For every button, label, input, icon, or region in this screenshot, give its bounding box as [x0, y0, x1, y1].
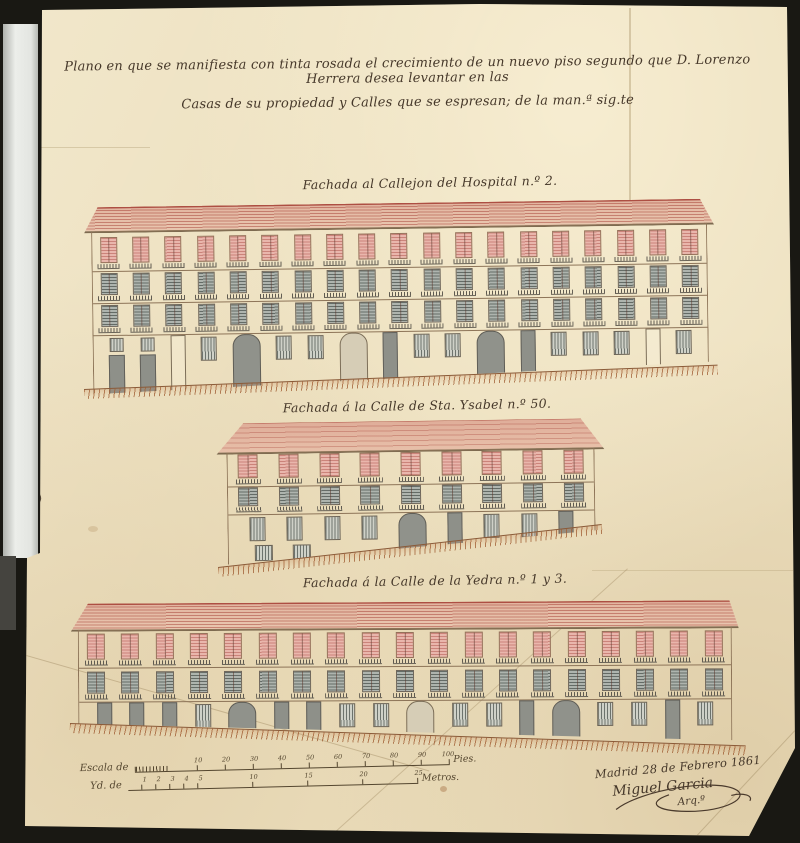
window-bay: [309, 486, 350, 514]
window-shuttered: [320, 486, 340, 505]
facade-label-santa-isabel: Fachada á la Calle de Sta. Ysabel n.º 50…: [237, 395, 597, 416]
window-new-second-floor: [602, 631, 620, 657]
window-shuttered: [293, 670, 311, 692]
balcony-rail: [290, 659, 313, 664]
window-shuttered: [262, 271, 279, 293]
scale-tick-label: 90: [418, 751, 426, 759]
mezzanine-window: [140, 337, 154, 351]
ground-door-light: [645, 328, 661, 390]
window-bay: [448, 299, 481, 330]
window-bay: [79, 669, 113, 702]
window-bay: [254, 230, 287, 269]
balcony-rail: [421, 291, 443, 296]
balcony-rail: [325, 693, 348, 698]
window-new-second-floor: [670, 631, 688, 657]
floor-gray: [79, 665, 731, 702]
window-shuttered: [396, 670, 414, 692]
balcony-rail: [550, 258, 572, 263]
balcony-rail: [188, 694, 211, 699]
window-bay: [93, 304, 126, 335]
window-new-second-floor: [294, 234, 311, 260]
balcony-rail: [260, 326, 282, 331]
ground-grille: [276, 336, 292, 360]
window-bay: [113, 630, 148, 667]
ground-grille: [486, 702, 502, 726]
window-new-second-floor: [423, 232, 440, 258]
window-shuttered: [87, 672, 105, 694]
window-bay: [610, 265, 643, 296]
window-bay: [350, 485, 391, 513]
window-shuttered: [456, 268, 473, 290]
scale-segment: 30: [225, 764, 253, 770]
balcony-rail: [291, 693, 314, 698]
ground-door-dark: [558, 511, 574, 573]
balcony-rail: [195, 263, 217, 268]
window-bay: [525, 628, 560, 665]
scale-segment: 70: [337, 761, 365, 767]
scale-fine-divisions: [134, 766, 169, 772]
balcony-rail: [679, 256, 701, 261]
balcony-rail: [260, 294, 282, 299]
balcony-rail: [480, 476, 505, 481]
balcony-rail: [486, 322, 508, 327]
balcony-rail: [531, 658, 554, 663]
balcony-rail: [439, 476, 464, 481]
window-bay: [415, 227, 448, 266]
balcony-rail: [256, 660, 279, 665]
balcony-rail: [357, 324, 379, 329]
window-bay: [391, 485, 432, 513]
window-bay: [319, 301, 352, 332]
window-bay: [319, 629, 354, 666]
window-new-second-floor: [488, 232, 505, 258]
balcony-rail: [85, 661, 108, 666]
window-new-second-floor: [522, 450, 542, 474]
window-new-second-floor: [617, 230, 634, 256]
ground-grille: [697, 701, 713, 725]
balcony-rail: [428, 659, 451, 664]
window-bay: [456, 629, 491, 666]
window-bay: [578, 297, 611, 328]
ground-grille: [614, 331, 630, 355]
window-shuttered: [585, 266, 602, 288]
window-bay: [456, 667, 490, 700]
balcony-rail: [222, 660, 245, 665]
window-bay: [79, 631, 114, 668]
balcony-rail: [162, 263, 184, 268]
balcony-rail: [398, 477, 423, 482]
window-shuttered: [465, 670, 483, 692]
window-bay: [609, 225, 642, 264]
window-bay: [512, 449, 553, 483]
window-bay: [422, 629, 457, 666]
balcony-rail: [518, 290, 540, 295]
balcony-rail: [668, 658, 691, 663]
balcony-rail: [195, 295, 217, 300]
window-bay: [447, 227, 480, 266]
balcony-rail: [394, 693, 417, 698]
window-shuttered: [392, 301, 409, 323]
scale-tick-label: 1: [143, 776, 147, 784]
window-bay: [553, 482, 594, 510]
window-shuttered: [423, 268, 440, 290]
window-bay: [269, 486, 310, 514]
balcony-rail: [565, 692, 588, 697]
window-bay: [157, 231, 190, 270]
balcony-rail: [428, 693, 451, 698]
window-shuttered: [156, 671, 174, 693]
window-bay: [182, 630, 217, 667]
balcony-rail: [599, 692, 622, 697]
window-new-second-floor: [87, 634, 105, 660]
ground-grille: [195, 704, 211, 728]
window-bay: [383, 268, 416, 299]
window-bay: [353, 629, 388, 666]
scale-tick-label: 15: [304, 771, 312, 779]
window-bay: [481, 298, 514, 329]
scale-segment: 15: [253, 781, 308, 787]
window-bay: [696, 627, 731, 664]
window-new-second-floor: [197, 236, 214, 262]
balcony-rail: [256, 694, 279, 699]
window-new-second-floor: [156, 633, 174, 659]
balcony-rail: [292, 325, 314, 330]
window-shuttered: [521, 299, 538, 321]
balcony-rail: [702, 657, 725, 662]
balcony-rail: [615, 257, 637, 262]
balcony-rail: [702, 691, 725, 696]
window-shuttered: [456, 300, 473, 322]
window-new-second-floor: [499, 631, 517, 657]
scale-segment: 2: [142, 784, 156, 789]
balcony-rail: [276, 479, 301, 484]
scale-segment: 10: [198, 782, 253, 788]
window-bay: [593, 628, 628, 665]
balcony-rail: [195, 327, 217, 332]
window-shuttered: [564, 483, 584, 502]
window-new-second-floor: [261, 235, 278, 261]
balcony-rail: [439, 504, 464, 509]
ground-grille: [361, 515, 377, 539]
window-shuttered: [294, 270, 311, 292]
window-bay: [662, 627, 697, 664]
window-shuttered: [133, 272, 150, 294]
window-bay: [416, 267, 449, 298]
window-shuttered: [238, 487, 258, 506]
window-shuttered: [401, 485, 421, 504]
window-bay: [384, 300, 417, 331]
window-bay: [642, 264, 675, 295]
window-new-second-floor: [259, 633, 277, 659]
balcony-rail: [98, 296, 120, 301]
scale-tick-label: 100: [442, 750, 455, 758]
window-new-second-floor: [636, 631, 654, 657]
balcony-rail: [222, 694, 245, 699]
window-shuttered: [482, 484, 502, 503]
scale-segment: 80: [365, 760, 393, 766]
window-bay: [216, 630, 251, 667]
window-shuttered: [327, 302, 344, 324]
balcony-rail: [668, 692, 691, 697]
ground-gate-dark: [552, 700, 580, 762]
balcony-rail: [454, 323, 476, 328]
window-shuttered: [442, 484, 462, 503]
balcony-rail: [359, 659, 382, 664]
window-shuttered: [670, 669, 688, 691]
ground-grille: [551, 332, 567, 356]
balcony-rail: [292, 293, 314, 298]
window-bay: [148, 668, 182, 701]
paper-stain: [88, 526, 98, 532]
window-new-second-floor: [132, 236, 149, 262]
ground-grille: [452, 703, 468, 727]
balcony-rail: [119, 660, 142, 665]
scale-line-metros: 1234510152025: [128, 771, 418, 791]
scale-tick-label: 5: [199, 774, 203, 782]
scale-segment: 40: [253, 763, 281, 769]
window-bay: [448, 267, 481, 298]
window-bay: [268, 452, 309, 486]
balcony-rail: [519, 322, 541, 327]
balcony-rail: [130, 263, 152, 268]
window-bay: [287, 301, 320, 332]
balcony-rail: [277, 507, 302, 512]
balcony-rail: [462, 693, 485, 698]
window-bay: [318, 229, 351, 268]
window-shuttered: [230, 271, 247, 293]
ground-grille: [250, 517, 266, 541]
window-shuttered: [617, 266, 634, 288]
ground-grille: [582, 331, 598, 355]
window-new-second-floor: [649, 229, 666, 255]
window-shuttered: [650, 265, 667, 287]
balcony-rail: [550, 290, 572, 295]
window-bay: [222, 302, 255, 333]
balcony-rail: [357, 292, 379, 297]
balcony-rail: [153, 694, 176, 699]
balcony-rail: [236, 479, 261, 484]
scale-line-pies: 102030405060708090100: [134, 752, 449, 773]
window-shuttered: [391, 269, 408, 291]
window-bay: [319, 269, 352, 300]
window-bay: [254, 270, 287, 301]
window-bay: [227, 453, 268, 487]
window-bay: [545, 266, 578, 297]
window-bay: [93, 272, 126, 303]
scale-tick-label: 60: [334, 753, 342, 761]
scale-segment: 10: [169, 765, 197, 771]
window-new-second-floor: [360, 452, 380, 476]
scale-segment: 4: [170, 784, 184, 789]
balcony-rail: [561, 475, 586, 480]
balcony-rail: [325, 659, 348, 664]
balcony-rail: [648, 320, 670, 325]
window-bay: [309, 452, 350, 486]
balcony-rail: [680, 288, 702, 293]
balcony-rail: [292, 261, 314, 266]
window-bay: [216, 668, 250, 701]
window-shuttered: [553, 267, 570, 289]
window-new-second-floor: [520, 231, 537, 257]
balcony-rail: [485, 258, 507, 263]
ground-door-dark: [519, 700, 534, 762]
window-shuttered: [279, 487, 299, 506]
window-bay: [641, 224, 674, 263]
window-bay: [388, 629, 423, 666]
scale-segment: 25: [363, 778, 418, 784]
scale-segment: 3: [156, 784, 170, 789]
balcony-rail: [324, 293, 346, 298]
window-shuttered: [488, 300, 505, 322]
window-bay: [190, 302, 223, 333]
balcony-rail: [163, 327, 185, 332]
window-shuttered: [262, 303, 279, 325]
scale-segment: 60: [309, 762, 337, 768]
window-bay: [182, 668, 216, 701]
scale-segment: 20: [308, 779, 363, 785]
window-bay: [113, 668, 147, 701]
balcony-rail: [85, 695, 108, 700]
balcony-rail: [582, 257, 604, 262]
scale-tick-label: 2: [157, 775, 161, 783]
signature-rubric-flourish: [602, 773, 765, 825]
window-shuttered: [523, 483, 543, 502]
window-bay: [285, 667, 319, 700]
window-new-second-floor: [358, 233, 375, 259]
window-bay: [286, 269, 319, 300]
ground-grille: [287, 517, 303, 541]
window-new-second-floor: [464, 632, 482, 658]
window-bay: [471, 450, 512, 484]
window-shuttered: [430, 670, 448, 692]
balcony-rail: [647, 256, 669, 261]
window-bay: [513, 483, 554, 511]
window-bay: [285, 629, 320, 666]
window-shuttered: [682, 297, 699, 319]
window-bay: [491, 628, 526, 665]
facade-drawing-hospital: [91, 199, 710, 395]
scale-tick-label: 50: [306, 753, 314, 761]
window-bay: [553, 448, 594, 482]
window-bay: [642, 296, 675, 327]
window-new-second-floor: [584, 230, 601, 256]
window-new-second-floor: [327, 632, 345, 658]
scale-segment: 100: [421, 759, 449, 765]
window-shuttered: [602, 669, 620, 691]
ground-door-dark: [520, 330, 536, 392]
window-bay: [513, 266, 546, 297]
balcony-rail: [188, 660, 211, 665]
window-bay: [544, 226, 577, 265]
balcony-rail: [634, 658, 657, 663]
balcony-rail: [99, 328, 121, 333]
window-shuttered: [224, 671, 242, 693]
balcony-rail: [356, 260, 378, 265]
window-bay: [662, 665, 696, 698]
balcony-rail: [615, 289, 637, 294]
window-new-second-floor: [430, 632, 448, 658]
scale-tick-label: 4: [185, 774, 189, 782]
window-bay: [480, 266, 513, 297]
scale-tick-label: 20: [359, 770, 367, 778]
window-bay: [286, 229, 319, 268]
window-bay: [512, 226, 545, 265]
window-bay: [559, 666, 593, 699]
window-shuttered: [553, 299, 570, 321]
window-new-second-floor: [705, 630, 723, 656]
window-shuttered: [165, 304, 182, 326]
window-shuttered: [360, 485, 380, 504]
scale-tick-label: 70: [362, 752, 370, 760]
window-shuttered: [533, 669, 551, 691]
window-new-second-floor: [224, 633, 242, 659]
balcony-rail: [119, 694, 142, 699]
window-bay: [349, 451, 390, 485]
floor-pink: [227, 448, 593, 487]
balcony-rail: [325, 325, 347, 330]
balcony-rail: [634, 692, 657, 697]
ground-grille: [373, 703, 389, 727]
window-shuttered: [520, 267, 537, 289]
window-bay: [157, 271, 190, 302]
window-shuttered: [121, 671, 139, 693]
ground-grille: [598, 702, 614, 726]
window-bay: [431, 450, 472, 484]
window-bay: [422, 667, 456, 700]
scale-tick-label: 25: [414, 769, 422, 777]
scale-bar: Escala de 102030405060708090100 Pies. Yd…: [80, 751, 501, 797]
window-new-second-floor: [319, 453, 339, 477]
window-bay: [480, 226, 513, 265]
balcony-rail: [421, 259, 443, 264]
window-shuttered: [362, 670, 380, 692]
balcony-rail: [453, 259, 475, 264]
window-new-second-floor: [278, 454, 298, 478]
balcony-rail: [521, 503, 546, 508]
facade-label-yedra: Fachada á la Calle de la Yedra n.º 1 y 3…: [255, 570, 615, 591]
window-bay: [525, 666, 559, 699]
window-bay: [221, 230, 254, 269]
fold-crease: [592, 570, 798, 571]
balcony-rail: [680, 320, 702, 325]
window-new-second-floor: [326, 234, 343, 260]
window-bay: [431, 484, 472, 512]
window-shuttered: [165, 272, 182, 294]
window-shuttered: [585, 298, 602, 320]
balcony-rail: [131, 327, 153, 332]
ground-grille: [484, 514, 500, 538]
balcony-rail: [389, 292, 411, 297]
balcony-rail: [551, 322, 573, 327]
window-new-second-floor: [567, 631, 585, 657]
balcony-rail: [531, 692, 554, 697]
window-bay: [189, 230, 222, 269]
balcony-rail: [163, 295, 185, 300]
balcony-rail: [227, 294, 249, 299]
balcony-rail: [228, 326, 250, 331]
window-new-second-floor: [681, 229, 698, 255]
balcony-rail: [496, 658, 519, 663]
window-bay: [545, 298, 578, 329]
scale-label: Yd. de: [90, 780, 122, 792]
facade-drawing-yedra: [78, 600, 733, 743]
balcony-rail: [647, 288, 669, 293]
facade-drawing-santa-isabel: [226, 417, 596, 564]
scale-tick-label: 3: [171, 775, 175, 783]
facade-label-hospital: Fachada al Callejon del Hospital n.º 2.: [250, 172, 610, 193]
balcony-rail: [236, 507, 261, 512]
balcony-rail: [259, 262, 281, 267]
